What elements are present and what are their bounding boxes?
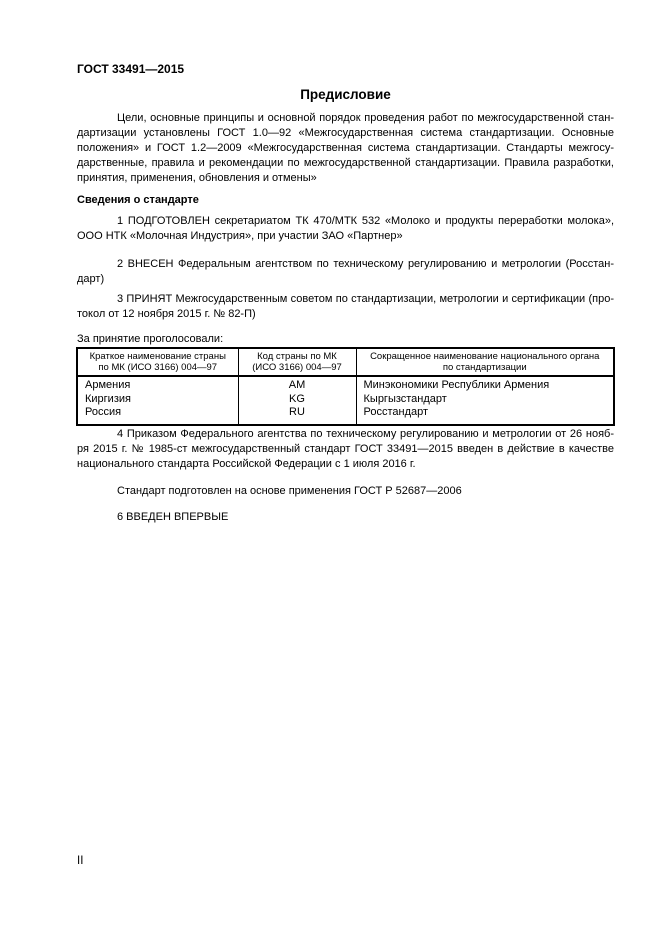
item-6-first-introduced: 6 ВВЕДЕН ВПЕРВЫЕ bbox=[77, 510, 614, 525]
text-line: 1 ПОДГОТОВЛЕН секретариатом ТК 470/МТК 5… bbox=[77, 214, 614, 229]
text-line: 6 ВВЕДЕН ВПЕРВЫЕ bbox=[77, 510, 614, 525]
cell-org: Кыргызстандарт bbox=[356, 393, 614, 407]
text-line: 2 ВНЕСЕН Федеральным агентством по техни… bbox=[77, 257, 614, 272]
text-line: дарственные, правила и рекомендации по м… bbox=[77, 156, 614, 171]
vote-intro-label: За принятие проголосовали: bbox=[77, 332, 614, 347]
document-page: ГОСТ 33491—2015 Предисловие Цели, основн… bbox=[0, 0, 661, 935]
table-row: Россия RU Росстандарт bbox=[77, 406, 614, 425]
page-number: II bbox=[77, 855, 614, 867]
item-3-adopted: 3 ПРИНЯТ Межгосударственным советом по с… bbox=[77, 292, 614, 322]
text-line: по стандартизации bbox=[359, 362, 612, 373]
text-line: Код страны по МК bbox=[241, 351, 354, 362]
cell-country: Киргизия bbox=[77, 393, 238, 407]
text-line: дартизации установлены ГОСТ 1.0—92 «Межг… bbox=[77, 126, 614, 141]
cell-org: Минэкономики Республики Армения bbox=[356, 376, 614, 393]
item-2-submitted: 2 ВНЕСЕН Федеральным агентством по техни… bbox=[77, 257, 614, 287]
standard-info-heading: Сведения о стандарте bbox=[77, 193, 614, 208]
text-line: Краткое наименование страны bbox=[80, 351, 236, 362]
cell-code: RU bbox=[238, 406, 356, 425]
cell-code: KG bbox=[238, 393, 356, 407]
doc-number: ГОСТ 33491—2015 bbox=[77, 62, 614, 76]
item-4-order: 4 Приказом Федерального агентства по тех… bbox=[77, 427, 614, 472]
cell-code: AM bbox=[238, 376, 356, 393]
text-line: ря 2015 г. № 1985-ст межгосударственный … bbox=[77, 442, 614, 457]
page-title: Предисловие bbox=[77, 87, 614, 102]
cell-country: Армения bbox=[77, 376, 238, 393]
text-line: национального стандарта Российской Федер… bbox=[77, 457, 614, 472]
text-line: дарт) bbox=[77, 272, 614, 287]
text-line: Цели, основные принципы и основной поряд… bbox=[77, 111, 614, 126]
text-line: положения» и ГОСТ 1.2—2009 «Межгосударст… bbox=[77, 141, 614, 156]
header-country-name: Краткое наименование страныпо МК (ИСО 31… bbox=[77, 348, 238, 376]
vote-table-header-row: Краткое наименование страныпо МК (ИСО 31… bbox=[77, 348, 614, 376]
text-line: Стандарт подготовлен на основе применени… bbox=[77, 484, 614, 499]
item-1-prepared: 1 ПОДГОТОВЛЕН секретариатом ТК 470/МТК 5… bbox=[77, 214, 614, 244]
item-5-basis: Стандарт подготовлен на основе применени… bbox=[77, 484, 614, 499]
text-line: Сокращенное наименование национального о… bbox=[359, 351, 612, 362]
header-national-body: Сокращенное наименование национального о… bbox=[356, 348, 614, 376]
cell-country: Россия bbox=[77, 406, 238, 425]
intro-paragraph: Цели, основные принципы и основной поряд… bbox=[77, 111, 614, 186]
table-row: Армения AM Минэкономики Республики Армен… bbox=[77, 376, 614, 393]
text-line: по МК (ИСО 3166) 004—97 bbox=[80, 362, 236, 373]
text-line: ООО НТК «Молочная Индустрия», при участи… bbox=[77, 229, 614, 244]
text-line: 3 ПРИНЯТ Межгосударственным советом по с… bbox=[77, 292, 614, 307]
vote-table: Краткое наименование страныпо МК (ИСО 31… bbox=[76, 347, 615, 426]
cell-org: Росстандарт bbox=[356, 406, 614, 425]
table-row: Киргизия KG Кыргызстандарт bbox=[77, 393, 614, 407]
text-line: принятия, применения, обновления и отмен… bbox=[77, 171, 614, 186]
header-country-code: Код страны по МК(ИСО 3166) 004—97 bbox=[238, 348, 356, 376]
text-line: (ИСО 3166) 004—97 bbox=[241, 362, 354, 373]
text-line: 4 Приказом Федерального агентства по тех… bbox=[77, 427, 614, 442]
text-line: токол от 12 ноября 2015 г. № 82-П) bbox=[77, 307, 614, 322]
